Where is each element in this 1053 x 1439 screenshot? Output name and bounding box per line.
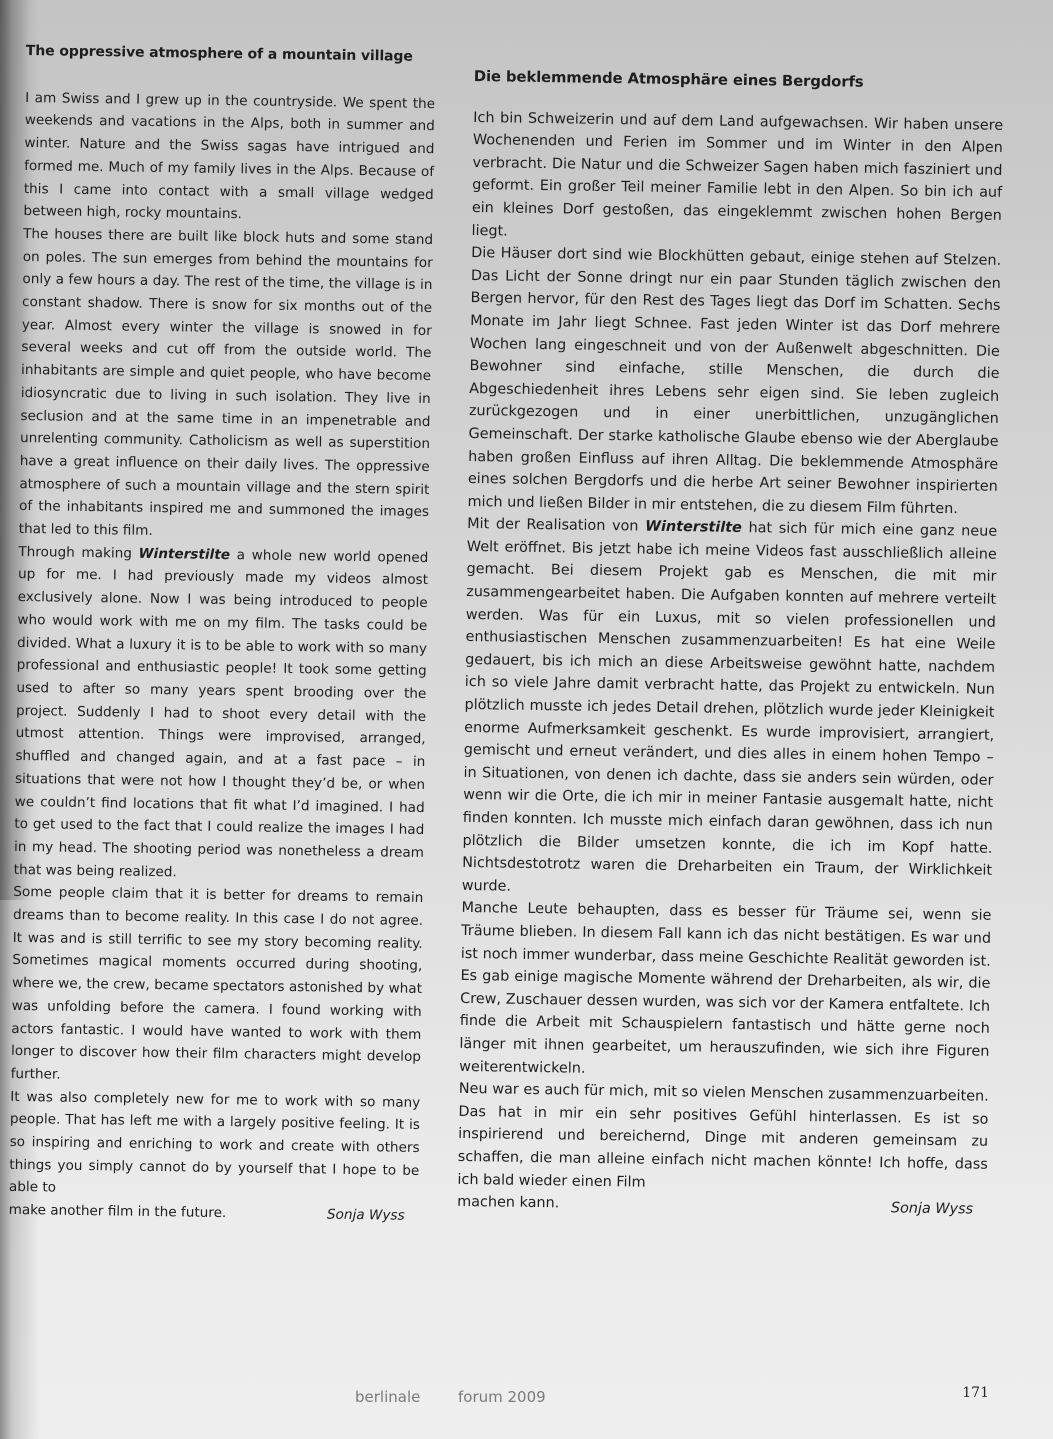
english-column: The oppressive atmosphere of a mountain … <box>8 40 435 1228</box>
footer-edition: forum 2009 <box>458 1388 546 1406</box>
german-paragraph-3: Mit der Realisation von Winterstilte hat… <box>462 513 998 905</box>
german-heading: Die beklemmende Atmosphäre eines Bergdor… <box>474 66 1004 96</box>
german-paragraph-1: Ich bin Schweizerin und auf dem Land auf… <box>471 107 1003 250</box>
english-paragraph-3: Through making Winterstilte a whole new … <box>14 541 429 888</box>
english-paragraph-1: I am Swiss and I grew up in the countrys… <box>23 87 435 229</box>
film-title-winterstilte: Winterstilte <box>138 545 230 562</box>
german-paragraph-3-lead: Mit der Realisation von <box>467 516 645 535</box>
german-paragraph-5: Neu war es auch für mich, mit so vielen … <box>457 1078 989 1199</box>
german-author-signature: Sonja Wyss <box>891 1197 988 1221</box>
german-column: Die beklemmende Atmosphäre eines Bergdor… <box>457 66 1004 1221</box>
german-paragraph-4: Manche Leute behaupten, dass es besser f… <box>459 897 992 1086</box>
english-heading: The oppressive atmosphere of a mountain … <box>26 40 436 69</box>
english-paragraph-2: The houses there are built like block hu… <box>19 223 434 547</box>
german-paragraph-3-body: hat sich für mich eine ganz neue Welt er… <box>462 520 998 894</box>
english-author-signature: Sonja Wyss <box>327 1204 419 1228</box>
english-closing-line: make another film in the future. Sonja W… <box>8 1199 418 1228</box>
footer-brand: berlinale <box>355 1388 420 1406</box>
english-closing-text: make another film in the future. <box>8 1199 226 1225</box>
english-paragraph-5: It was also completely new for me to wor… <box>9 1086 421 1206</box>
german-paragraph-2: Die Häuser dort sind wie Blockhütten geb… <box>467 242 1001 521</box>
page-number: 171 <box>962 1385 989 1401</box>
english-paragraph-3-lead: Through making <box>18 544 138 562</box>
film-title-winterstilte-de: Winterstilte <box>645 519 742 536</box>
german-closing-text: machen kann. <box>457 1191 559 1215</box>
english-paragraph-4: Some people claim that it is better for … <box>10 881 423 1091</box>
english-paragraph-3-body: a whole new world opened up for me. I ha… <box>14 547 429 880</box>
